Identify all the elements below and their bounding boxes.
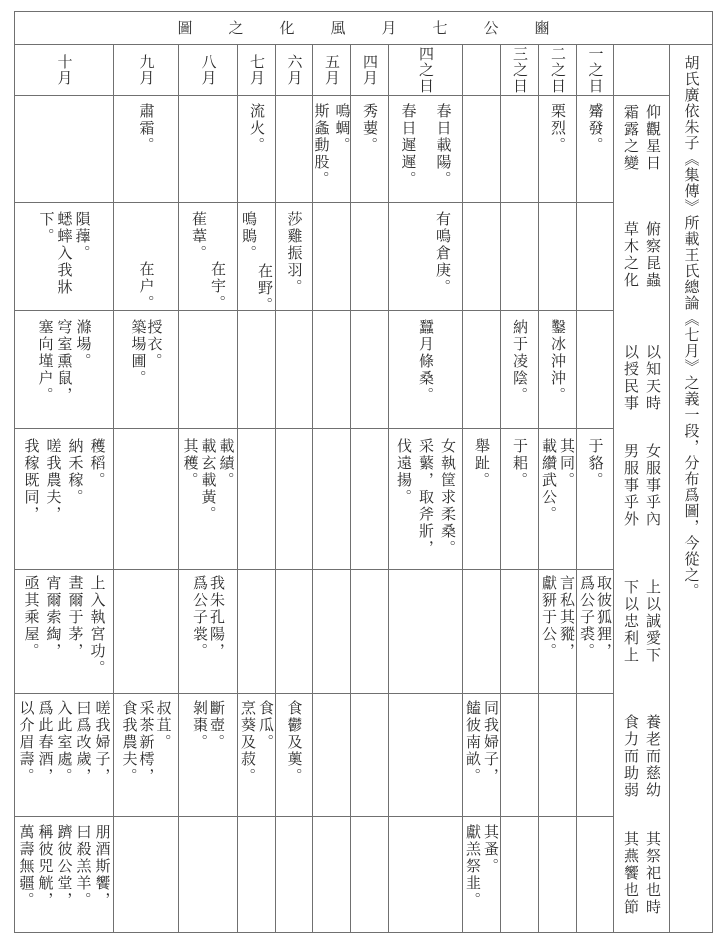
cell-r7-m8 [178,817,237,933]
verse-line: 躋彼公堂， [57,824,72,909]
cell-r4-m3d: 于耜。 [500,429,538,570]
header-m5: 五月 [312,45,350,96]
verse-line: 穫稻。 [90,438,105,489]
header-m10: 十月 [14,45,113,96]
verse-line: 女執筐求柔桑。 [440,438,455,557]
title-char: 公 [484,21,499,36]
verse-line: 流火。 [249,103,264,154]
verse-line: 萬壽無疆。 [19,824,34,909]
row-label-line: 上以誠愛下 [645,579,660,664]
cell-r7-m4d [388,817,462,933]
cell-r2-m1d [576,203,613,311]
cell-r4-m9 [113,429,178,570]
cell-r7-m4 [350,817,388,933]
verse-line: 斯螽動股。 [314,103,329,188]
column-header: 五月 [324,54,339,86]
row-label-line: 食力而助弱 [623,714,638,799]
verse-line: 春日載陽。 [436,103,451,188]
verse-line: 于貉。 [588,438,603,489]
verse-line: 納禾稼。 [68,438,83,506]
verse-line: 同我婦子， [483,700,498,785]
cell-r2-m7: 在野。 鳴鵙。 [237,203,275,311]
cell-r6-m7: 食瓜。 烹葵及菽。 [237,694,275,817]
cell-r7-m10: 朋酒斯饗， 曰殺羔羊。 躋彼公堂， 稱彼兕觥， 萬壽無疆。 [14,817,113,933]
verse-line: 上入執宮功。 [90,575,105,677]
cell-r2-m9: 在户。 [113,203,178,311]
cell-r2-blank [462,203,500,311]
verse-line: 其蚤。 [483,824,498,875]
verse-line: 鳴鵙。 [241,211,256,262]
verse-line: 爲公子裳。 [192,575,207,660]
title-char: 化 [280,21,295,36]
verse-line: 塞向墐户。 [38,319,53,404]
verse-line: 稱彼兕觥， [38,824,53,909]
verse-line: 于耜。 [512,438,527,489]
cell-r4-m10: 穫稻。 納禾稼。 嗟我農夫， 我稼既同， [14,429,113,570]
verse-line: 鑿冰沖沖。 [550,319,565,404]
verse-line: 嗟我農夫， [46,438,61,523]
verse-line: 獻羔祭韭。 [465,824,480,909]
cell-r4-m7 [237,429,275,570]
verse-line: 采茶新樗， [139,700,154,785]
verse-line: 嗟我婦子， [95,700,110,785]
verse-line: 在宇。 [210,261,225,311]
verse-line: 晝爾于茅， [68,575,83,660]
cell-r5-m9 [113,570,178,694]
row-label-r2: 俯察昆蟲 草木之化 [613,203,669,311]
verse-line: 我朱孔陽， [209,575,224,660]
cell-r2-m10: 隕蘀。 蟋蟀入我牀 下。 [14,203,113,311]
bin-feng-qiyue-chart-table: 豳 公 七 月 風 化 之 圖 胡氏廣依朱子《集傳》所載王氏總論《七月》之義一段… [14,11,713,933]
verse-line: 授衣。 [147,319,162,370]
cell-r1-m4d: 春日載陽。 春日遲遲。 [388,96,462,203]
verse-line: 舉趾。 [474,438,489,489]
cell-r7-m6 [275,817,312,933]
column-header: 二之日 [550,46,565,94]
verse-line: 載玄載黃。 [201,438,216,523]
cell-r6-m10: 嗟我婦子， 曰爲改歲， 入此室處。 爲此春酒， 以介眉壽。 [14,694,113,817]
cell-r5-blank [462,570,500,694]
source-note: 胡氏廣依朱子《集傳》所載王氏總論《七月》之義一段，分布爲圖，今從之。 [669,45,712,933]
cell-r3-m8 [178,311,237,429]
cell-r5-m7 [237,570,275,694]
row-label-r5: 上以誠愛下 下以忠利上 [613,570,669,694]
verse-line: 以介眉壽。 [19,700,34,785]
cell-r6-m1d [576,694,613,817]
row-label-line: 草木之化 [623,221,638,289]
row-label-r7: 其祭祀也時 其燕饗也節 [613,817,669,933]
cell-r7-m3d [500,817,538,933]
verse-line: 叔苴。 [156,700,171,751]
title-char: 之 [229,21,244,36]
verse-line: 載績。 [219,438,234,489]
cell-r3-m9: 授衣。 築場圃。 [113,311,178,429]
cell-r5-m3d [500,570,538,694]
cell-r5-m6 [275,570,312,694]
row-label-line: 以知天時 [645,344,660,412]
cell-r1-m1d: 觱發。 [576,96,613,203]
row-label-r1: 仰觀星日 霜露之變 [613,96,669,203]
cell-r3-m6 [275,311,312,429]
verse-line: 亟其乘屋。 [24,575,39,660]
title-char: 豳 [535,21,550,36]
verse-line: 蟋蟀入我牀 [57,211,72,296]
verse-line: 秀葽。 [362,103,377,154]
verse-line: 曰爲改歲， [76,700,91,785]
verse-line: 載纘武公。 [541,438,556,523]
cell-r4-m8: 載績。 載玄載黃。 其穫。 [178,429,237,570]
cell-r3-blank [462,311,500,429]
column-header: 三之日 [512,46,527,94]
verse-line: 其同。 [559,438,574,489]
row-label-line: 其燕饗也節 [623,831,638,916]
verse-line: 我稼既同， [24,438,39,523]
verse-line: 穹室熏鼠， [57,319,72,404]
cell-r1-m2d: 栗烈。 [538,96,576,203]
cell-r5-m5 [312,570,350,694]
cell-r3-m4 [350,311,388,429]
header-m6: 六月 [275,45,312,96]
cell-r5-m10: 上入執宮功。 晝爾于茅， 宵爾索綯， 亟其乘屋。 [14,570,113,694]
row-label-line: 俯察昆蟲 [645,221,660,289]
verse-line: 下。 [39,211,54,245]
column-header: 六月 [287,54,302,86]
verse-line: 在野。 [257,263,272,311]
header-m7: 七月 [237,45,275,96]
cell-r4-m4d: 女執筐求柔桑。 采蘩，取斧斨， 伐遠揚。 [388,429,462,570]
row-label-line: 男服事乎外 [623,443,638,528]
header-m3d: 三之日 [500,45,538,96]
verse-line: 曰殺羔羊。 [76,824,91,909]
cell-r3-m1d [576,311,613,429]
cell-r2-m3d [500,203,538,311]
verse-line: 春日遲遲。 [401,103,416,188]
verse-line: 朋酒斯饗， [95,824,110,909]
cell-r7-m1d [576,817,613,933]
verse-line: 其穫。 [183,438,198,489]
cell-r4-m5 [312,429,350,570]
verse-line: 觱發。 [588,103,603,154]
cell-r3-m2d: 鑿冰沖沖。 [538,311,576,429]
column-header: 一之日 [588,46,603,94]
cell-r1-m6 [275,96,312,203]
cell-r6-m5 [312,694,350,817]
verse-line: 爲公子裘。 [579,575,594,660]
verse-line: 斷壺。 [209,700,224,751]
row-label-line: 養老而慈幼 [645,714,660,799]
row-label-line: 仰觀星日 [645,104,660,172]
cell-r3-m7 [237,311,275,429]
verse-line: 蠶月條桑。 [418,319,433,404]
cell-r6-m8: 斷壺。 剝棗。 [178,694,237,817]
cell-r3-m5 [312,311,350,429]
cell-r6-m9: 叔苴。 采茶新樗， 食我農夫。 [113,694,178,817]
verse-line: 采蘩，取斧斨， [418,438,433,557]
title-char: 月 [382,21,397,36]
verse-line: 食瓜。 [258,700,273,751]
title-char: 圖 [178,21,193,36]
verse-line: 伐遠揚。 [396,438,411,506]
cell-r4-m1d: 于貉。 [576,429,613,570]
cell-r6-m4 [350,694,388,817]
row-label-line: 下以忠利上 [623,579,638,664]
header-m8: 八月 [178,45,237,96]
cell-r7-m2d [538,817,576,933]
label-header-cell [613,45,669,96]
verse-line: 爲此春酒， [38,700,53,785]
verse-line: 在户。 [139,261,154,311]
cell-r2-m6: 莎雞振羽。 [275,203,312,311]
verse-line: 鳴蜩。 [335,103,350,154]
table-title: 豳 公 七 月 風 化 之 圖 [14,12,712,45]
verse-line: 栗烈。 [550,103,565,154]
cell-r3-m4d: 蠶月條桑。 [388,311,462,429]
verse-line: 取彼狐狸， [596,575,611,660]
cell-r2-m8: 在宇。 萑葦。 [178,203,237,311]
cell-r1-m8 [178,96,237,203]
column-header: 四月 [362,54,377,86]
column-header: 八月 [201,54,216,86]
cell-r1-m9: 肅霜。 [113,96,178,203]
cell-r1-m5: 鳴蜩。 斯螽動股。 [312,96,350,203]
column-header: 九月 [139,54,154,86]
verse-line: 肅霜。 [139,103,154,154]
verse-line: 烹葵及菽。 [240,700,255,785]
cell-r1-m3d [500,96,538,203]
verse-line: 剝棗。 [192,700,207,751]
source-note-text: 胡氏廣依朱子《集傳》所載王氏總論《七月》之義一段，分布爲圖，今從之。 [684,55,699,599]
cell-r5-m4 [350,570,388,694]
cell-r6-m2d [538,694,576,817]
cell-r6-m6: 食鬱及薁。 [275,694,312,817]
cell-r4-blank: 舉趾。 [462,429,500,570]
verse-line: 隕蘀。 [75,211,90,262]
verse-line: 食我農夫。 [122,700,137,785]
cell-r5-m1d: 取彼狐狸， 爲公子裘。 [576,570,613,694]
cell-r3-m10: 滌場。 穹室熏鼠， 塞向墐户。 [14,311,113,429]
cell-r4-m6 [275,429,312,570]
cell-r6-m3d [500,694,538,817]
cell-r1-m4: 秀葽。 [350,96,388,203]
verse-line: 入此室處。 [57,700,72,785]
header-m4d: 四之日 [388,45,462,96]
cell-r7-m5 [312,817,350,933]
row-label-line: 以授民事 [623,344,638,412]
row-label-line: 其祭祀也時 [645,831,660,916]
verse-line: 宵爾索綯， [46,575,61,660]
cell-r4-m4 [350,429,388,570]
cell-r2-m4d: 有鳴倉庚。 [388,203,462,311]
cell-r2-m4 [350,203,388,311]
verse-line: 滌場。 [76,319,91,370]
cell-r6-blank: 同我婦子， 饁彼南畝。 [462,694,500,817]
verse-line: 有鳴倉庚。 [435,211,450,296]
title-char: 七 [433,21,448,36]
verse-line: 言私其豵， [559,575,574,660]
title-char: 風 [331,21,346,36]
verse-line: 萑葦。 [191,211,206,262]
header-m2d: 二之日 [538,45,576,96]
row-label-r3: 以知天時 以授民事 [613,311,669,429]
cell-r7-m7 [237,817,275,933]
row-label-r4: 女服事乎內 男服事乎外 [613,429,669,570]
cell-r6-m4d [388,694,462,817]
cell-r5-m4d [388,570,462,694]
row-label-line: 霜露之變 [623,104,638,172]
cell-r2-m2d [538,203,576,311]
cell-r7-blank: 其蚤。 獻羔祭韭。 [462,817,500,933]
cell-r1-blank [462,96,500,203]
verse-line: 納于凌陰。 [512,319,527,404]
cell-r1-m7: 流火。 [237,96,275,203]
column-header: 十月 [57,54,72,86]
column-header: 七月 [249,54,264,86]
verse-line: 饁彼南畝。 [465,700,480,785]
cell-r4-m2d: 其同。 載纘武公。 [538,429,576,570]
header-m9: 九月 [113,45,178,96]
cell-r2-m5 [312,203,350,311]
cell-r5-m2d: 言私其豵， 獻豜于公。 [538,570,576,694]
cell-r7-m9 [113,817,178,933]
header-m4: 四月 [350,45,388,96]
verse-line: 食鬱及薁。 [287,700,302,785]
column-header: 四之日 [418,46,433,94]
row-label-r6: 養老而慈幼 食力而助弱 [613,694,669,817]
row-label-line: 女服事乎內 [645,443,660,528]
verse-line: 獻豜于公。 [541,575,556,660]
cell-r5-m8: 我朱孔陽， 爲公子裳。 [178,570,237,694]
header-blank [462,45,500,96]
cell-r3-m3d: 納于凌陰。 [500,311,538,429]
verse-line: 莎雞振羽。 [287,211,302,296]
cell-r1-m10 [14,96,113,203]
header-m1d: 一之日 [576,45,613,96]
verse-line: 築場圃。 [131,319,146,387]
